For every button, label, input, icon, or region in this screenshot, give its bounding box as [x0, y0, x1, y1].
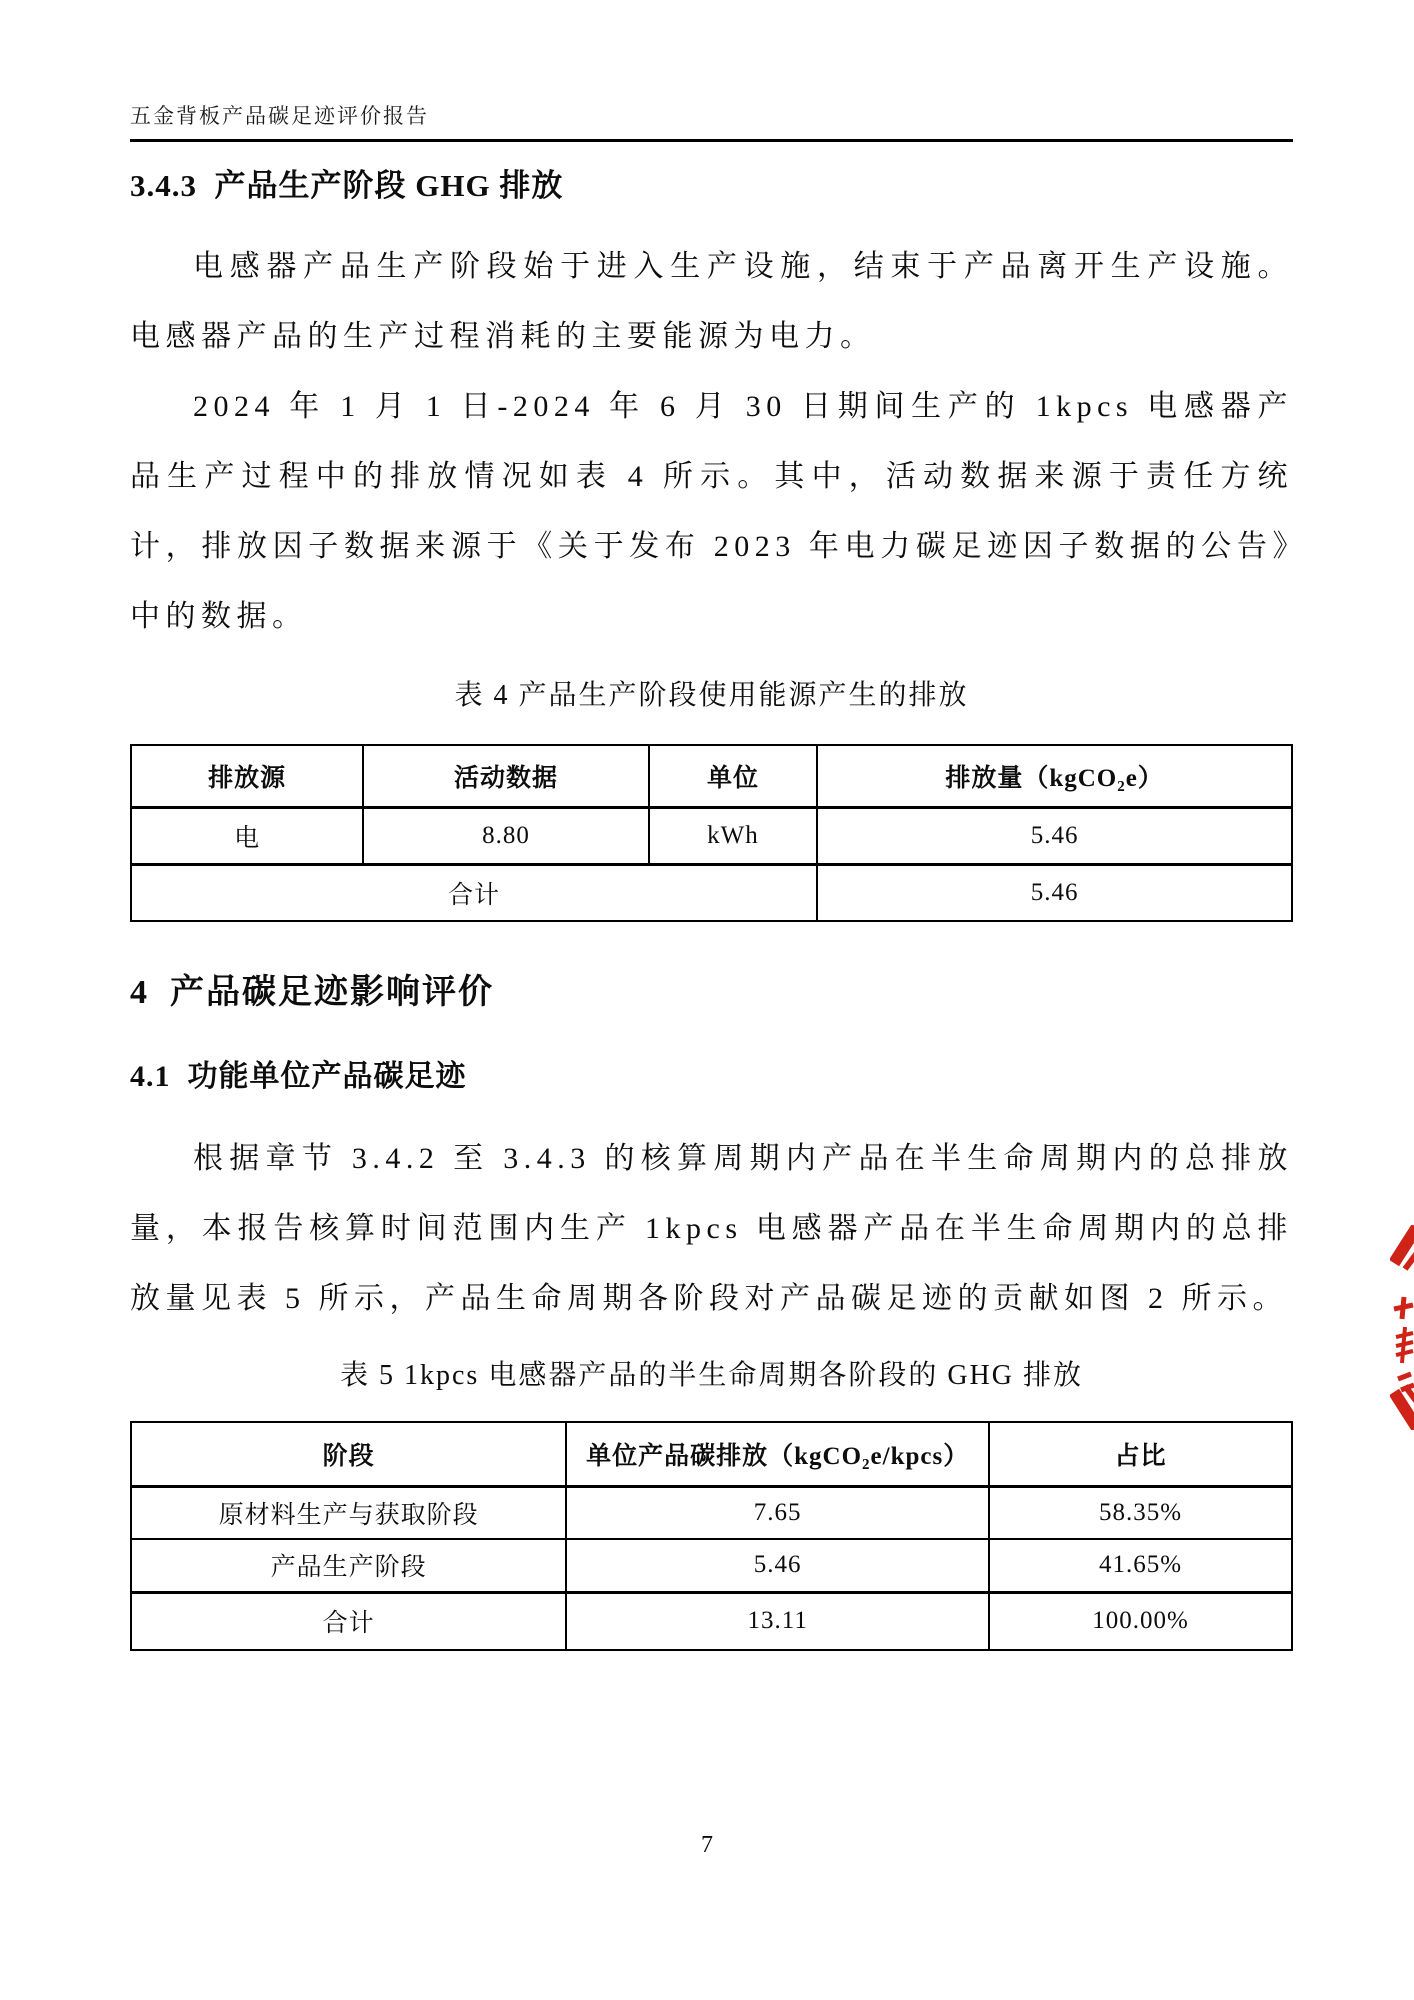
heading-section-4-1: 4.1 功能单位产品碳足迹: [130, 1056, 1293, 1098]
table4-cell-unit: kWh: [649, 807, 817, 864]
table5-total-label: 合计: [131, 1592, 566, 1650]
table5-cell-emission: 5.46: [566, 1539, 989, 1592]
table4-total-label: 合计: [131, 864, 817, 921]
table5-total-share: 100.00%: [989, 1592, 1292, 1650]
table4-caption: 表 4 产品生产阶段使用能源产生的排放: [130, 676, 1293, 716]
paragraph-footprint-summary: 根据章节 3.4.2 至 3.4.3 的核算周期内产品在半生命周期内的总排放量，…: [130, 1124, 1293, 1334]
table5-row-production: 产品生产阶段 5.46 41.65%: [131, 1539, 1292, 1592]
table4-header-emission-source: 排放源: [131, 745, 363, 807]
paragraph-emission-data-source: 2024 年 1 月 1 日-2024 年 6 月 30 日期间生产的 1kpc…: [130, 372, 1293, 652]
table4-cell-amount: 5.46: [817, 807, 1292, 864]
table4-header-unit: 单位: [649, 745, 817, 807]
table4-cell-source: 电: [131, 807, 363, 864]
table4-header-row: 排放源 活动数据 单位 排放量（kgCO₂e）: [131, 745, 1292, 807]
table4-total-row: 合计 5.46: [131, 864, 1292, 921]
table5-caption: 表 5 1kpcs 电感器产品的半生命周期各阶段的 GHG 排放: [130, 1356, 1293, 1396]
table5-cell-stage: 原材料生产与获取阶段: [131, 1486, 566, 1539]
table4-header-activity-data: 活动数据: [363, 745, 649, 807]
table5-cell-share: 41.65%: [989, 1539, 1292, 1592]
table-production-stage-emissions: 排放源 活动数据 单位 排放量（kgCO₂e） 电 8.80 kWh 5.46 …: [130, 744, 1293, 922]
table5-total-emission: 13.11: [566, 1592, 989, 1650]
header-divider: [130, 139, 1293, 142]
page-header: 五金背板产品碳足迹评价报告: [130, 100, 1293, 142]
heading-section-4: 4 产品碳足迹影响评价: [130, 970, 1293, 1016]
table4-header-emission-amount: 排放量（kgCO₂e）: [817, 745, 1292, 807]
table4-total-value: 5.46: [817, 864, 1292, 921]
page-number: 7: [0, 1832, 1414, 1859]
paragraph-production-stage: 电感器产品生产阶段始于进入生产设施，结束于产品离开生产设施。电感器产品的生产过程…: [130, 232, 1293, 372]
table5-cell-emission: 7.65: [566, 1486, 989, 1539]
table5-header-stage: 阶段: [131, 1422, 566, 1486]
document-page: 五金背板产品碳足迹评价报告 3.4.3 产品生产阶段 GHG 排放 电感器产品生…: [0, 0, 1414, 2000]
table4-row-electricity: 电 8.80 kWh 5.46: [131, 807, 1292, 864]
table5-row-raw-material: 原材料生产与获取阶段 7.65 58.35%: [131, 1486, 1292, 1539]
table5-cell-stage: 产品生产阶段: [131, 1539, 566, 1592]
table5-header-unit-emission: 单位产品碳排放（kgCO₂e/kpcs）: [566, 1422, 989, 1486]
heading-3-4-3: 3.4.3 产品生产阶段 GHG 排放: [130, 166, 1293, 206]
report-title: 五金背板产品碳足迹评价报告: [130, 100, 1293, 130]
table5-header-share: 占比: [989, 1422, 1292, 1486]
table-lifecycle-stage-emissions: 阶段 单位产品碳排放（kgCO₂e/kpcs） 占比 原材料生产与获取阶段 7.…: [130, 1421, 1293, 1651]
page-content: 五金背板产品碳足迹评价报告 3.4.3 产品生产阶段 GHG 排放 电感器产品生…: [130, 0, 1293, 1651]
table5-cell-share: 58.35%: [989, 1486, 1292, 1539]
table5-header-row: 阶段 单位产品碳排放（kgCO₂e/kpcs） 占比: [131, 1422, 1292, 1486]
red-stamp-edge-icon: [1390, 1225, 1414, 1430]
table4-cell-activity: 8.80: [363, 807, 649, 864]
table5-total-row: 合计 13.11 100.00%: [131, 1592, 1292, 1650]
